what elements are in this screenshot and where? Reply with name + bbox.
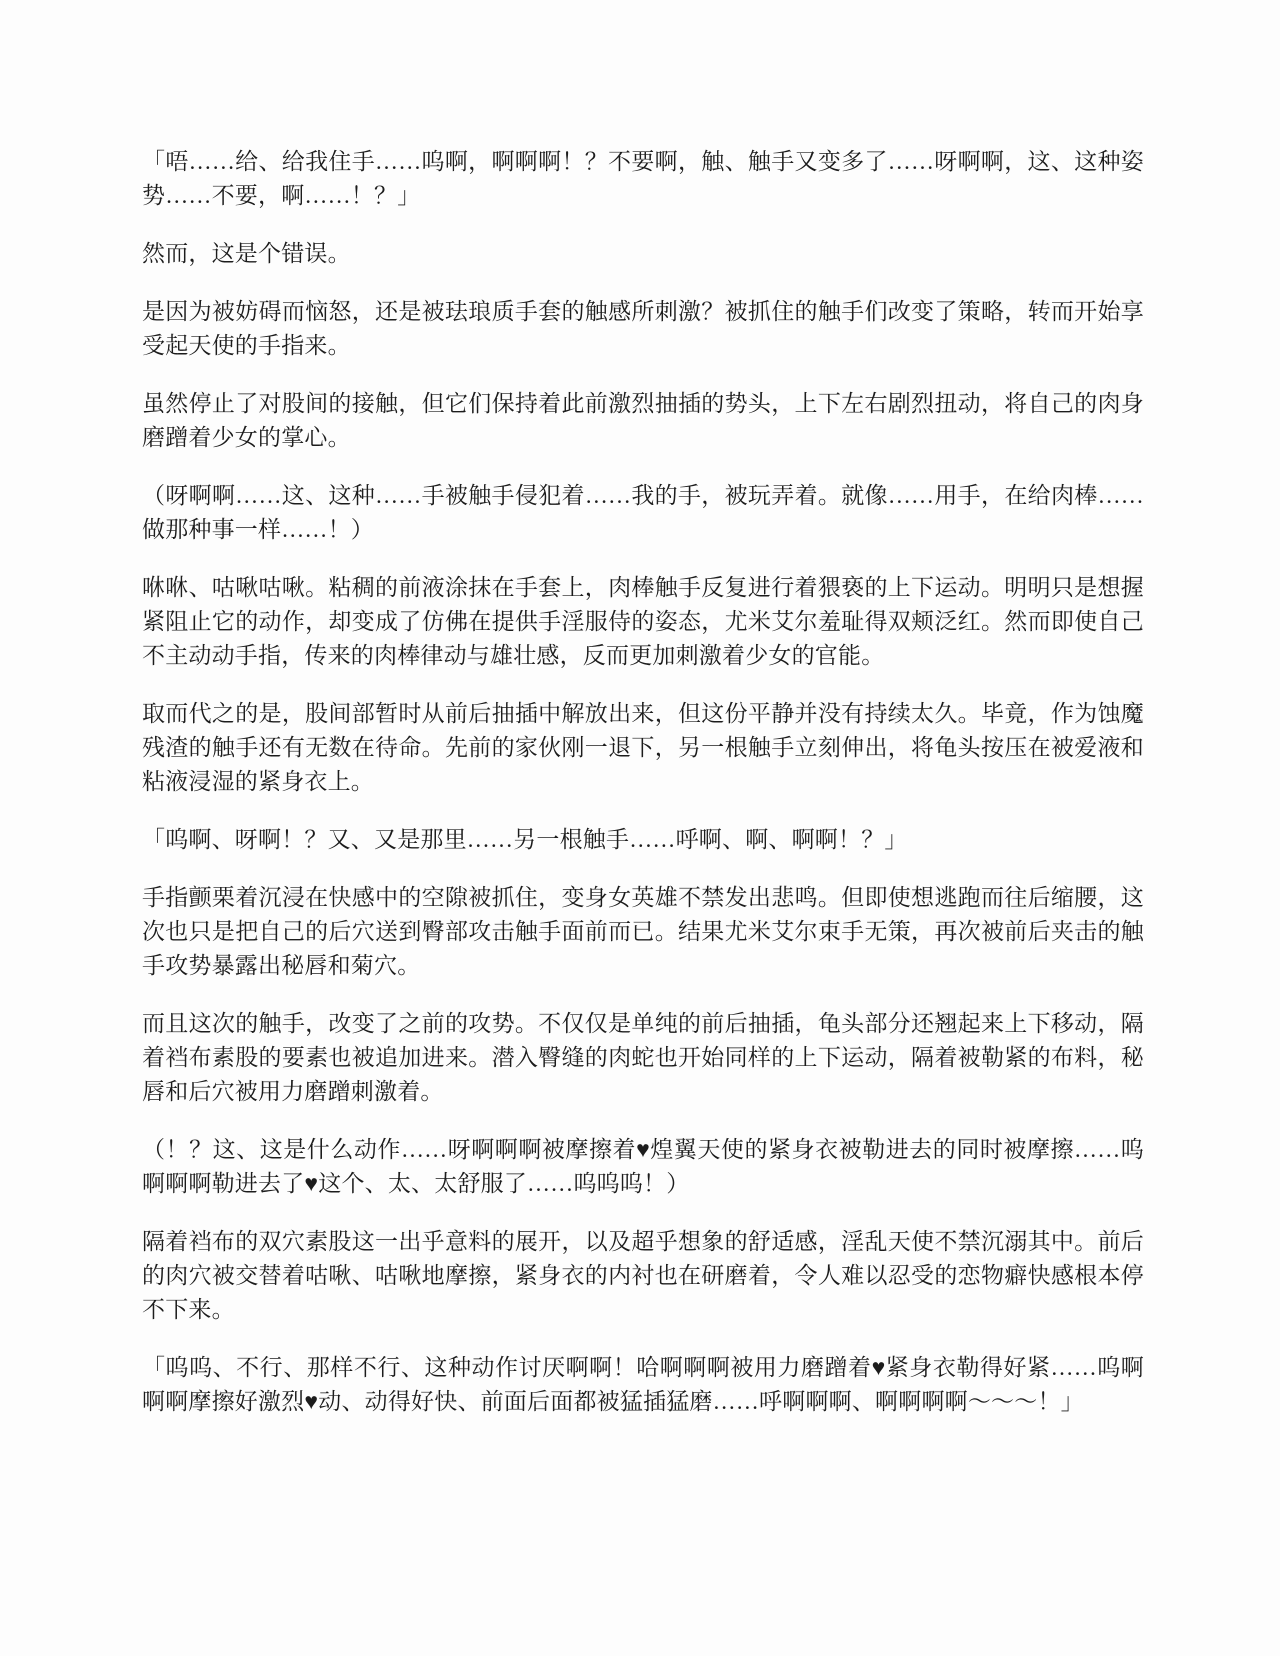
paragraph: 咻咻、咕啾咕啾。粘稠的前液涂抹在手套上，肉棒触手反复进行着猥亵的上下运动。明明只… xyxy=(142,571,1144,673)
paragraph: 然而，这是个错误。 xyxy=(142,237,1144,271)
paragraph: 手指颤栗着沉浸在快感中的空隙被抓住，变身女英雄不禁发出悲鸣。但即使想逃跑而往后缩… xyxy=(142,881,1144,983)
paragraph: 而且这次的触手，改变了之前的攻势。不仅仅是单纯的前后抽插，龟头部分还翘起来上下移… xyxy=(142,1007,1144,1109)
paragraph: 隔着裆布的双穴素股这一出乎意料的展开，以及超乎想象的舒适感，淫乱天使不禁沉溺其中… xyxy=(142,1225,1144,1327)
paragraph: 「唔……给、给我住手……呜啊，啊啊啊！？不要啊，触、触手又变多了……呀啊啊，这、… xyxy=(142,145,1144,213)
paragraph: （呀啊啊……这、这种……手被触手侵犯着……我的手，被玩弄着。就像……用手，在给肉… xyxy=(142,479,1144,547)
document-page: 「唔……给、给我住手……呜啊，啊啊啊！？不要啊，触、触手又变多了……呀啊啊，这、… xyxy=(0,0,1280,1656)
paragraph: 「呜呜、不行、那样不行、这种动作讨厌啊啊！哈啊啊啊被用力磨蹭着♥紧身衣勒得好紧…… xyxy=(142,1351,1144,1419)
paragraph: 取而代之的是，股间部暂时从前后抽插中解放出来，但这份平静并没有持续太久。毕竟，作… xyxy=(142,697,1144,799)
story-text: 「唔……给、给我住手……呜啊，啊啊啊！？不要啊，触、触手又变多了……呀啊啊，这、… xyxy=(142,145,1144,1419)
paragraph: （！？这、这是什么动作……呀啊啊啊被摩擦着♥煌翼天使的紧身衣被勒进去的同时被摩擦… xyxy=(142,1133,1144,1201)
paragraph: 虽然停止了对股间的接触，但它们保持着此前激烈抽插的势头，上下左右剧烈扭动，将自己… xyxy=(142,387,1144,455)
paragraph: 是因为被妨碍而恼怒，还是被珐琅质手套的触感所刺激？被抓住的触手们改变了策略，转而… xyxy=(142,295,1144,363)
paragraph: 「呜啊、呀啊！？又、又是那里……另一根触手……呼啊、啊、啊啊！？」 xyxy=(142,823,1144,857)
